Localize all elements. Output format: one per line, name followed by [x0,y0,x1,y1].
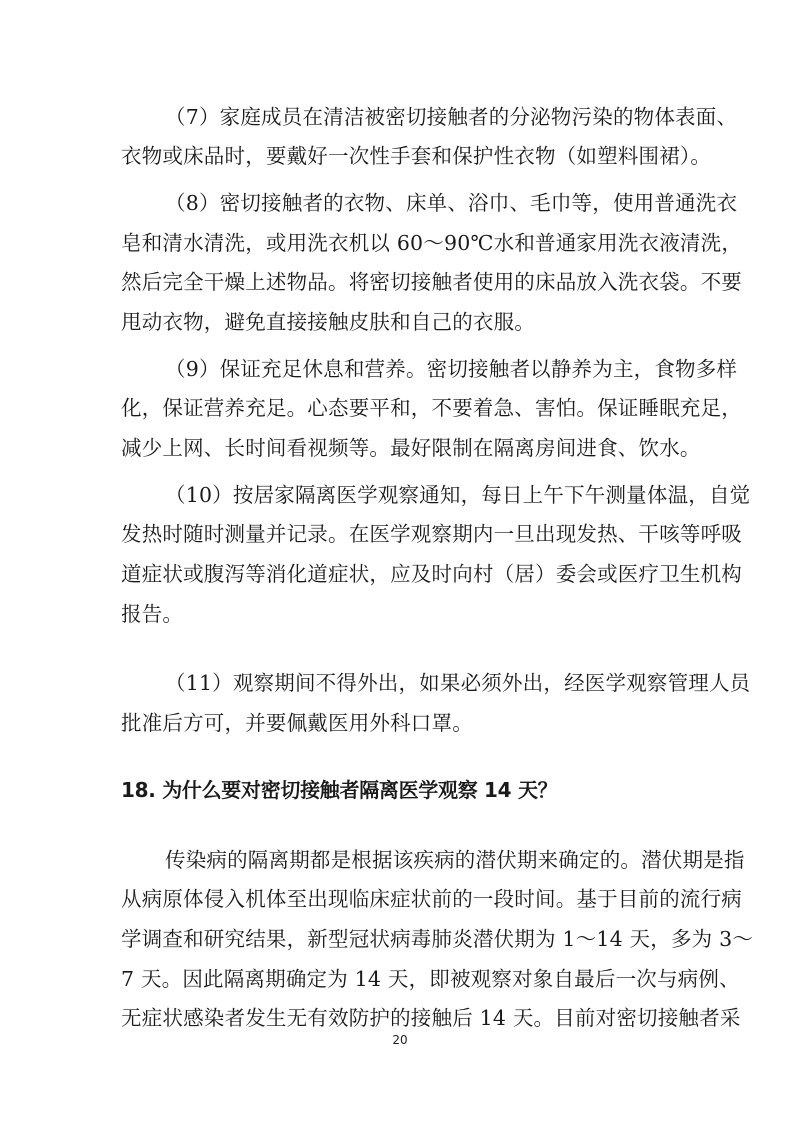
paragraph-10-line-2: 发热时随时测量并记录。在医学观察期内一旦出现发热、干咳等呼吸 [121,515,742,554]
paragraph-9-line-3: 减少上网、长时间看视频等。最好限制在隔离房间进食、饮水。 [121,429,701,468]
paragraph-10-line-3: 道症状或腹泻等消化道症状，应及时向村（居）委会或医疗卫生机构 [121,555,742,594]
paragraph-8-line-3: 然后完全干燥上述物品。将密切接触者使用的床品放入洗衣袋。不要 [121,263,742,302]
paragraph-7-line-1: （7）家庭成员在清洁被密切接触者的分泌物污染的物体表面、 [165,98,737,137]
paragraph-9-line-2: 化，保证营养充足。心态要平和，不要着急、害怕。保证睡眠充足， [121,389,742,428]
paragraph-9-line-1: （9）保证充足休息和营养。密切接触者以静养为主，食物多样 [165,350,737,389]
section-body-line-3: 学调查和研究结果，新型冠状病毒肺炎潜伏期为 1～14 天，多为 3～ [121,920,753,959]
paragraph-11-line-2: 批准后方可，并要佩戴医用外科口罩。 [121,704,473,743]
paragraph-8-line-1: （8）密切接触者的衣物、床单、浴巾、毛巾等，使用普通洗衣 [165,184,737,223]
paragraph-8-line-4: 甩动衣物，避免直接接触皮肤和自己的衣服。 [121,303,535,342]
section-body-line-2: 从病原体侵入机体至出现临床症状前的一段时间。基于目前的流行病 [121,880,742,919]
section-body-line-4: 7 天。因此隔离期确定为 14 天，即被观察对象自最后一次与病例、 [121,960,740,999]
paragraph-7-line-2: 衣物或床品时，要戴好一次性手套和保护性衣物（如塑料围裙）。 [121,137,711,176]
paragraph-10-line-4: 报告。 [121,595,183,634]
paragraph-11-line-1: （11）观察期间不得外出，如果必须外出，经医学观察管理人员 [165,664,750,703]
section-heading: 18. 为什么要对密切接触者隔离医学观察 14 天？ [121,771,557,810]
page-number: 20 [0,1033,800,1047]
section-body-line-1: 传染病的隔离期都是根据该疾病的潜伏期来确定的。潜伏期是指 [165,841,745,880]
paragraph-10-line-1: （10）按居家隔离医学观察通知，每日上午下午测量体温，自觉 [165,476,750,515]
paragraph-8-line-2: 皂和清水清洗，或用洗衣机以 60～90℃水和普通家用洗衣液清洗， [121,224,742,263]
